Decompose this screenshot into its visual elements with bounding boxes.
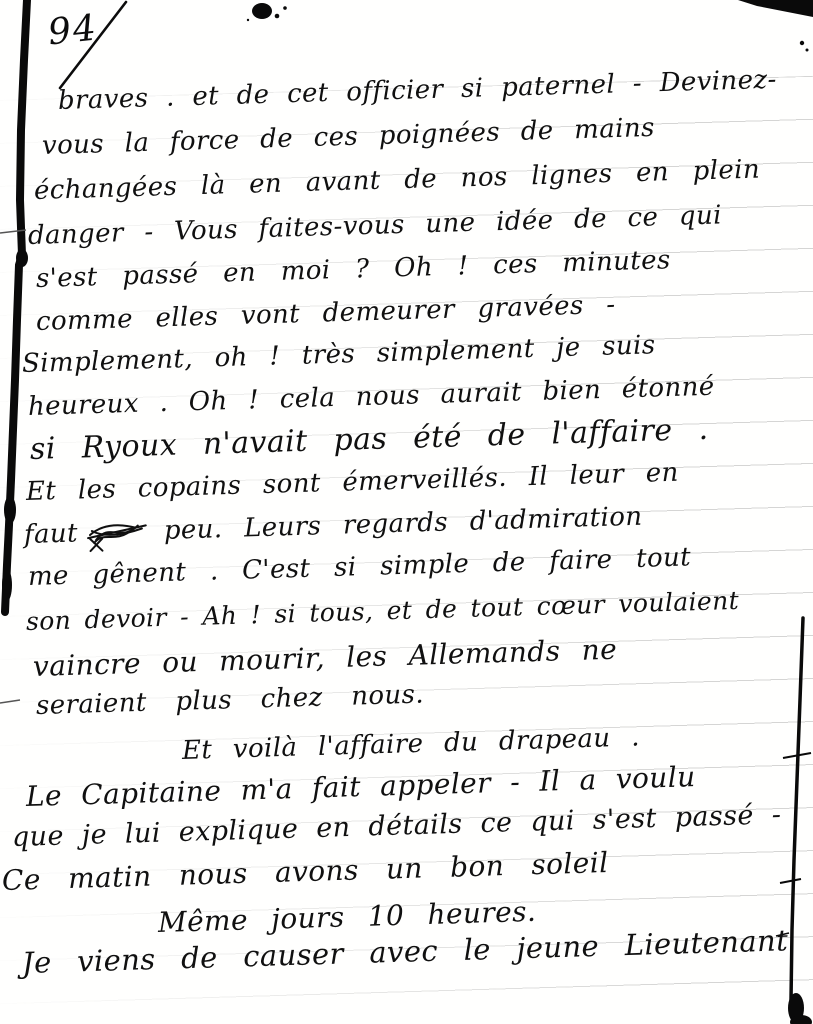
handwriting-line-15: seraient plus chez nous. (36, 679, 425, 721)
page-edge-right (791, 618, 803, 1024)
page-number: 94 (46, 8, 100, 54)
line-text-after-scratch: peu. Leurs regards d'admiration (163, 502, 642, 546)
handwriting-line-07: Simplement, oh ! très simplement je suis (22, 330, 656, 379)
corner-mark-top-right (738, 0, 813, 17)
handwriting-line-01: braves . et de cet officier si paternel … (58, 65, 778, 116)
handwriting-line-05: s'est passé en moi ? Oh ! ces minutes (36, 245, 672, 294)
handwriting-line-14: vaincre ou mourir, les Allemands ne (33, 633, 618, 683)
ink-blot (247, 3, 287, 21)
handwriting-line-12: me gênent . C'est si simple de faire tou… (28, 542, 692, 592)
scratched-out-word (83, 517, 158, 545)
line-text-before-scratch: faut (24, 518, 79, 550)
handwriting-line-09: si Ryoux n'avait pas été de l'affaire . (29, 412, 708, 467)
manuscript-page: 94 braves . et de cet officier si patern… (0, 0, 813, 1024)
handwriting-line-03: échangées là en avant de nos lignes en p… (34, 154, 761, 206)
handwriting-line-19: Ce matin nous avons un bon soleil (2, 846, 609, 897)
handwriting-line-04: danger - Vous faites-vous une idée de ce… (28, 200, 723, 251)
handwriting-line-13: son devoir - Ah ! si tous, et de tout cœ… (26, 586, 740, 636)
handwriting-line-16: Et voilà l'affaire du drapeau . (182, 722, 641, 766)
handwriting-line-02: vous la force de ces poignées de mains (42, 113, 656, 161)
handwriting-line-11: faut peu. Leurs regards d'admiration (24, 502, 643, 550)
handwriting-line-10: Et les copains sont émerveillés. Il leur… (26, 458, 680, 507)
handwriting-line-06: comme elles vont demeurer gravées - (36, 290, 616, 337)
